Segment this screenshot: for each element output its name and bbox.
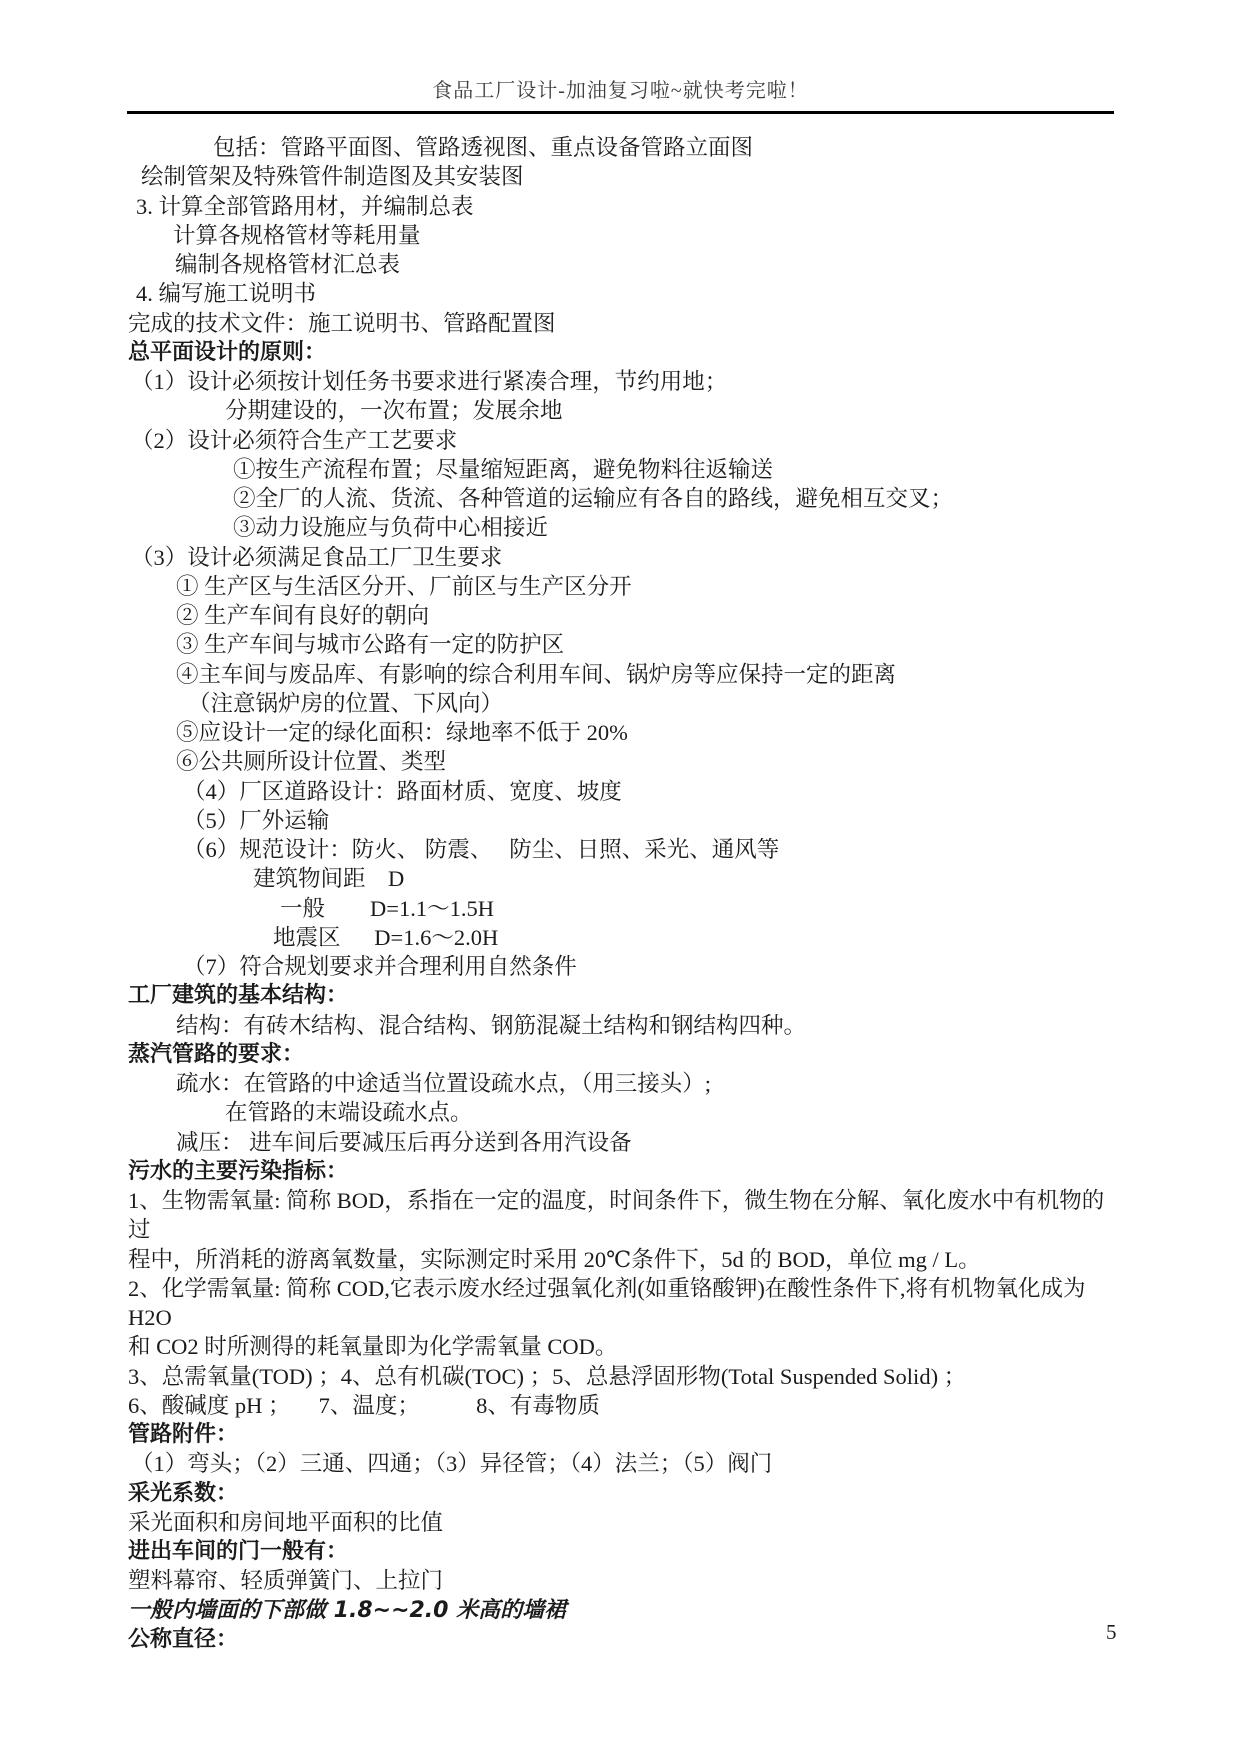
page-number: 5	[1106, 1620, 1117, 1645]
text-line: （注意锅炉房的位置、下风向）	[128, 689, 1123, 718]
text-line: 采光系数：	[128, 1479, 1123, 1508]
text-line: 4. 编写施工说明书	[128, 279, 1123, 308]
text-line: 3、总需氧量(TOD) ；4、总有机碳(TOC) ；5、总悬浮固形物(Total…	[128, 1362, 1123, 1391]
text-line: 采光面积和房间地平面积的比值	[128, 1508, 1123, 1537]
text-line: 结构：有砖木结构、混合结构、钢筋混凝土结构和钢结构四种。	[128, 1011, 1123, 1040]
text-line: （3）设计必须满足食品工厂卫生要求	[128, 543, 1123, 572]
text-line: ③ 生产车间与城市公路有一定的防护区	[128, 630, 1123, 659]
text-line: （1）弯头；（2）三通、四通；（3）异径管；（4）法兰；（5）阀门	[128, 1449, 1123, 1478]
text-line: 一般内墙面的下部做 1.8~~2.0 米高的墙裙	[128, 1596, 1123, 1625]
text-line: （6）规范设计：防火、 防震、 防尘、日照、采光、通风等	[128, 835, 1123, 864]
text-line: 管路附件：	[128, 1420, 1123, 1449]
text-line: 包括：管路平面图、管路透视图、重点设备管路立面图	[128, 133, 1123, 162]
text-line: 计算各规格管材等耗用量	[128, 221, 1123, 250]
text-line: （1）设计必须按计划任务书要求进行紧凑合理，节约用地；	[128, 367, 1123, 396]
text-line: ①按生产流程布置；尽量缩短距离，避免物料往返输送	[128, 455, 1123, 484]
text-line: ②全厂的人流、货流、各种管道的运输应有各自的路线，避免相互交叉；	[128, 484, 1123, 513]
text-line: 绘制管架及特殊管件制造图及其安装图	[128, 162, 1123, 191]
text-line: 总平面设计的原则：	[128, 338, 1123, 367]
text-line: 6、酸碱度 pH ； 7、温度； 8、有毒物质	[128, 1391, 1123, 1420]
text-line: 一般 D=1.1～1.5H	[128, 894, 1123, 923]
text-line: 蒸汽管路的要求：	[128, 1040, 1123, 1069]
text-line: 完成的技术文件：施工说明书、管路配置图	[128, 309, 1123, 338]
page-header-title: 食品工厂设计-加油复习啦~就快考完啦！	[0, 74, 1241, 103]
text-line: 编制各规格管材汇总表	[128, 250, 1123, 279]
text-line: 在管路的末端设疏水点。	[128, 1098, 1123, 1127]
text-line: 进出车间的门一般有：	[128, 1537, 1123, 1566]
text-line: 3. 计算全部管路用材，并编制总表	[128, 192, 1123, 221]
text-line: （5）厂外运输	[128, 806, 1123, 835]
document-page: 食品工厂设计-加油复习啦~就快考完啦！ 包括：管路平面图、管路透视图、重点设备管…	[0, 0, 1241, 1754]
text-line: ④主车间与废品库、有影响的综合利用车间、锅炉房等应保持一定的距离	[128, 660, 1123, 689]
text-line: ⑤应设计一定的绿化面积：绿地率不低于 20%	[128, 718, 1123, 747]
text-line: ⑥公共厕所设计位置、类型	[128, 747, 1123, 776]
text-line: 和 CO2 时所测得的耗氧量即为化学需氧量 COD。	[128, 1332, 1123, 1361]
text-line: （2）设计必须符合生产工艺要求	[128, 426, 1123, 455]
text-line: 减压： 进车间后要减压后再分送到各用汽设备	[128, 1128, 1123, 1157]
text-line: ① 生产区与生活区分开、厂前区与生产区分开	[128, 572, 1123, 601]
document-body: 包括：管路平面图、管路透视图、重点设备管路立面图绘制管架及特殊管件制造图及其安装…	[128, 133, 1123, 1654]
text-line: 塑料幕帘、轻质弹簧门、上拉门	[128, 1566, 1123, 1595]
text-line: ② 生产车间有良好的朝向	[128, 601, 1123, 630]
text-line: 1、生物需氧量: 简称 BOD，系指在一定的温度，时间条件下，微生物在分解、氧化…	[128, 1186, 1123, 1245]
text-line: （4）厂区道路设计：路面材质、宽度、坡度	[128, 777, 1123, 806]
text-line: 疏水：在管路的中途适当位置设疏水点，（用三接头）;	[128, 1069, 1123, 1098]
text-line: 公称直径：	[128, 1625, 1123, 1654]
text-line: 地震区 D=1.6～2.0H	[128, 923, 1123, 952]
text-line: 程中，所消耗的游离氧数量，实际测定时采用 20℃条件下，5d 的 BOD，单位 …	[128, 1245, 1123, 1274]
text-line: 分期建设的，一次布置；发展余地	[128, 396, 1123, 425]
text-line: 2、化学需氧量: 简称 COD,它表示废水经过强氧化剂(如重铬酸钾)在酸性条件下…	[128, 1274, 1123, 1333]
text-line: ③动力设施应与负荷中心相接近	[128, 513, 1123, 542]
text-line: （7）符合规划要求并合理利用自然条件	[128, 952, 1123, 981]
text-line: 污水的主要污染指标：	[128, 1157, 1123, 1186]
text-line: 建筑物间距 D	[128, 864, 1123, 893]
header-divider	[127, 111, 1114, 114]
text-line: 工厂建筑的基本结构：	[128, 981, 1123, 1010]
